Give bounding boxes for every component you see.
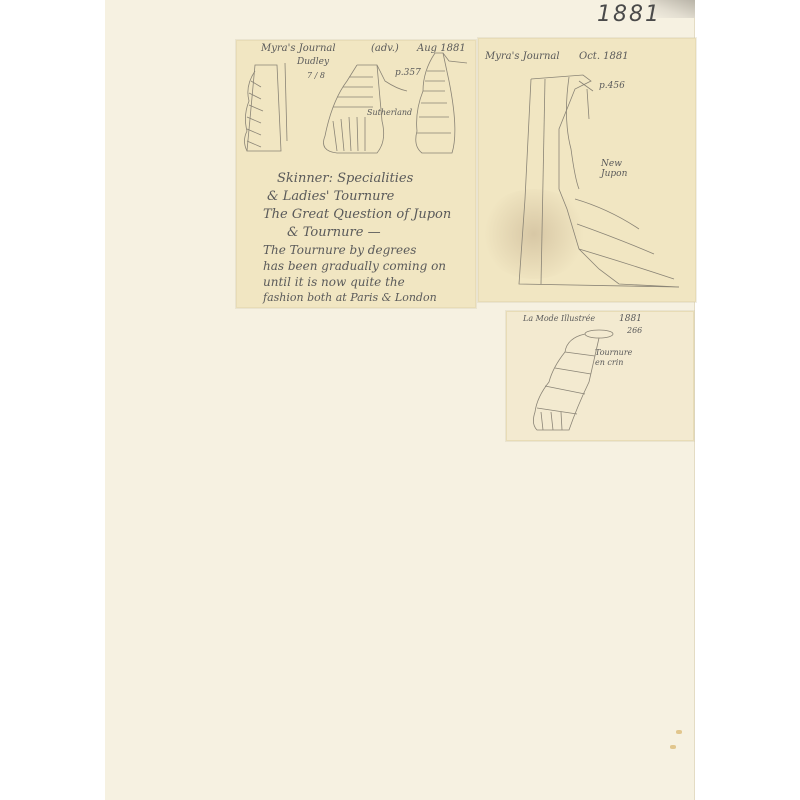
body-line: fashion both at Paris & London (263, 291, 437, 304)
jupon-sketch (479, 39, 695, 301)
bustle-sketches (237, 41, 475, 161)
note-myras-journal-aug: Myra's Journal (adv.) Aug 1881 Dudley 7 … (236, 40, 476, 308)
body-line: has been gradually coming on (263, 259, 446, 273)
body-line: The Great Question of Jupon (263, 207, 451, 222)
body-line: until it is now quite the (263, 275, 405, 289)
note-myras-journal-oct: Myra's Journal Oct. 1881 p.456 New Jupon (478, 38, 696, 302)
note-la-mode-illustree: La Mode Illustrée 1881 266 Tournure en c… (506, 311, 694, 441)
body-line: & Tournure — (287, 225, 381, 240)
foxing-spot (670, 745, 676, 749)
tournure-sketch (507, 312, 693, 440)
body-line: The Tournure by degrees (263, 243, 416, 257)
foxing-spot (676, 730, 682, 734)
body-line: Skinner: Specialities (277, 171, 413, 186)
body-line: & Ladies' Tournure (267, 189, 394, 204)
folio-year: 1881 (597, 2, 661, 27)
